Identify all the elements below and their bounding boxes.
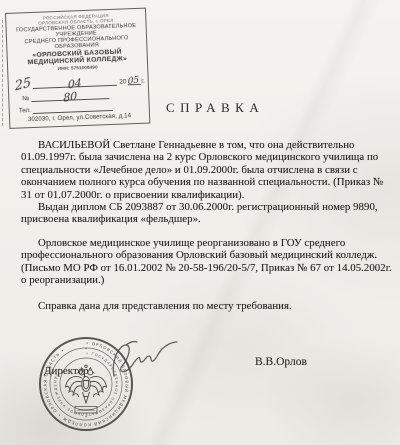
certificate-body: ВАСИЛЬЕВОЙ Светлане Геннадьевне в том, ч… [21,139,395,313]
body-paragraph: Выдан диплом СБ 2093887 от 30.06.2000г. … [21,201,395,226]
signatory-name: В.В.Орлов [255,356,307,368]
handwritten-number: 80 [63,92,77,101]
corner-stamp: РОССИЙСКАЯ ФЕДЕРАЦИЯ ОРЛОВСКАЯ ОБЛАСТЬ, … [5,8,150,129]
scanned-certificate: РОССИЙСКАЯ ФЕДЕРАЦИЯ ОРЛОВСКАЯ ОБЛАСТЬ, … [0,0,400,445]
body-paragraph: ВАСИЛЬЕВОЙ Светлане Геннадьевне в том, ч… [21,139,395,201]
handwritten-year: 05 [128,77,139,85]
tel-label: Тел. [19,107,32,114]
year-unit: г. [141,78,145,85]
signature-autograph [106,336,182,386]
handwritten-month: 04 [67,79,81,88]
body-paragraph: Орловское медицинское училище реорганизо… [21,237,395,287]
certificate-title: СПРАВКА [166,100,264,116]
handwritten-day: 25 [15,78,32,91]
director-label: Директор [44,365,89,377]
number-label: № [22,95,29,102]
issue-date-row: 25 04 20 05 г. [12,74,145,90]
scan-edge-artifact [2,20,3,126]
body-paragraph: Справка дана для представления по месту … [21,300,395,312]
year-prefix: 20 [119,78,126,85]
